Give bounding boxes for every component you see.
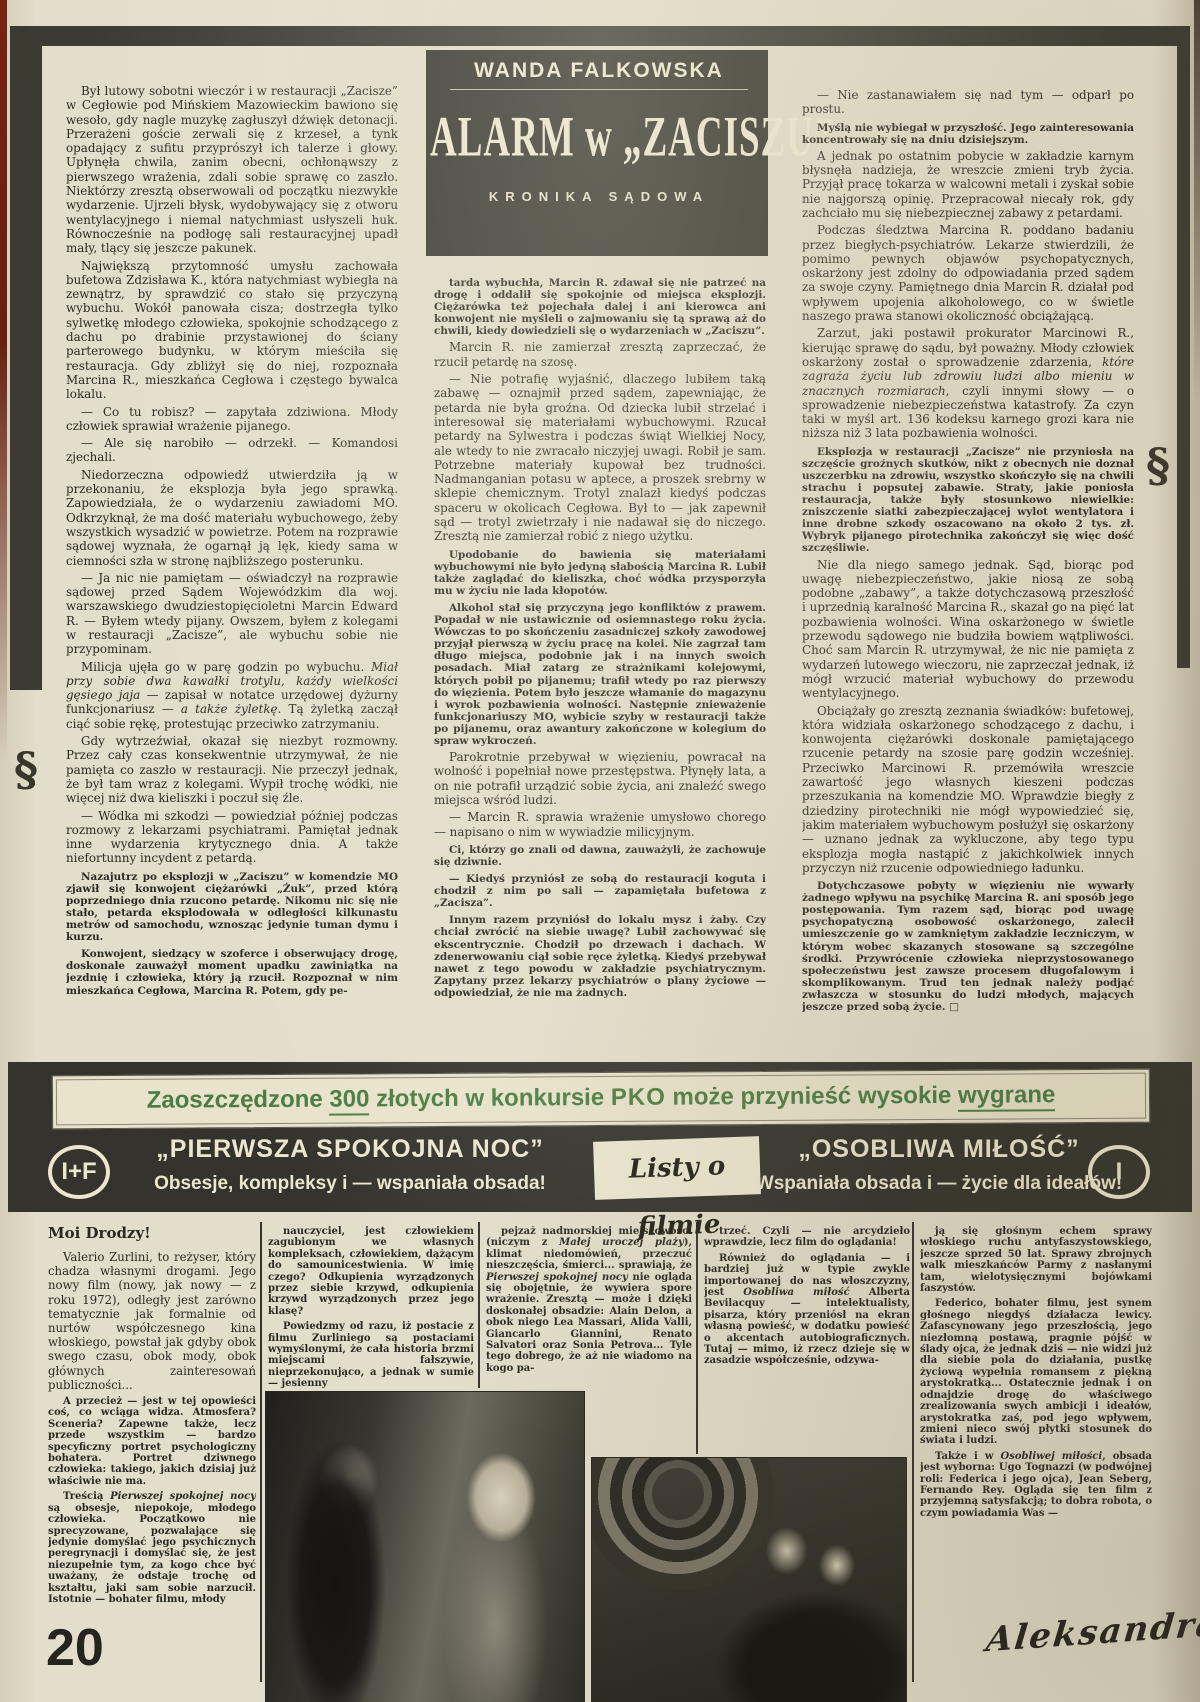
column-rule [912, 1222, 914, 1682]
section-mark-left: § [14, 742, 38, 796]
newspaper-page: § § WANDA FALKOWSKA ALARM w „ZACISZU” KR… [0, 0, 1200, 1702]
paragraph: Myślą nie wybiegał w przyszłość. Jego za… [802, 122, 1134, 146]
review-greeting: Moi Drodzy! [48, 1224, 256, 1242]
article-author: WANDA FALKOWSKA [450, 50, 747, 90]
column-rule [696, 1222, 698, 1454]
article-column-2: tarda wybuchła, Marcin R. zdawał się nie… [434, 272, 766, 1062]
paragraph: Marcin R. nie zamierzał zresztą zaprzecz… [434, 340, 766, 369]
review-column-1: Moi Drodzy! Valerio Zurlini, to reżyser,… [48, 1222, 256, 1614]
film2-header: „OSOBLIWA MIŁOŚĆ” Wspaniała obsada i — ż… [744, 1135, 1134, 1195]
paragraph: ją się głośnym echem sprawy włoskiego ru… [920, 1226, 1152, 1294]
scan-edge-left [0, 0, 7, 760]
paragraph: — Marcin R. sprawia wrażenie umysłowo ch… [434, 810, 766, 839]
paragraph: Parokrotnie przebywał w więzieniu, powra… [434, 750, 766, 807]
paragraph: — Wódka mi szkodzi — powiedział później … [66, 809, 398, 866]
paragraph: Największą przytomność umysłu zachowała … [66, 259, 398, 402]
paragraph: Konwojent, siedzący w szoferce i obserwu… [66, 948, 398, 996]
paragraph: Podczas śledztwa Marcina R. poddano bada… [802, 223, 1134, 323]
paragraph: — Nie potrafię wyjaśnić, dlaczego lubiłe… [434, 372, 766, 544]
section-mark-right: § [1146, 438, 1170, 492]
if-logo-badge: I+F [48, 1145, 110, 1199]
i-logo-badge: I [1088, 1145, 1150, 1199]
paragraph: Federico, bohater filmu, jest synem głoś… [920, 1298, 1152, 1446]
paragraph: Eksplozja w restauracji „Zacisze” nie pr… [802, 446, 1134, 555]
paragraph: Powiedzmy od razu, iż postacie z filmu Z… [268, 1321, 474, 1389]
paragraph: — Ale się narobiło — odrzekł. — Komandos… [66, 436, 398, 465]
paragraph: Alkohol stał się przyczyną jego konflikt… [434, 602, 766, 747]
column-rule [478, 1222, 480, 1388]
paragraph: — Kiedyś przyniósł ze sobą do restauracj… [434, 873, 766, 909]
paragraph: trzeć. Czyli — nie arcydzieło wprawdzie,… [704, 1226, 910, 1249]
pko-contest-banner: Zaoszczędzone 300 złotych w konkursie PK… [52, 1069, 1150, 1130]
paragraph: Nazajutrz po eksplozji w „Zaciszu” w kom… [66, 871, 398, 944]
listy-o-filmie-label: Listy o filmie [593, 1136, 761, 1200]
paragraph: Dotychczasowe pobyty w więzieniu nie wyw… [802, 880, 1134, 1013]
article-column-3: — Nie zastanawiałem się nad tym — odparł… [802, 88, 1134, 1062]
article-frame-right [1177, 26, 1190, 668]
page-number: 20 [46, 1618, 104, 1678]
paragraph: Milicja ujęła go w parę godzin po wybuch… [66, 660, 398, 731]
paragraph: tarda wybuchła, Marcin R. zdawał się nie… [434, 277, 766, 337]
paragraph: Także i w Osobliwej miłości, obsada jest… [920, 1451, 1152, 1519]
article-frame-top [10, 26, 1190, 46]
paragraph: Zaoszczędzone 300 złotych w konkursie PK… [53, 1070, 1149, 1127]
pko-banner-text: Zaoszczędzone 300 złotych w konkursie PK… [53, 1070, 1149, 1127]
paragraph: Ci, którzy go znali od dawna, zauważyli,… [434, 844, 766, 868]
paragraph: Innym razem przyniósł do lokalu mysz i ż… [434, 914, 766, 999]
paragraph: Niedorzeczna odpowiedź utwierdziła ją w … [66, 468, 398, 568]
paragraph: Zarzut, jaki postawił prokurator Marcino… [802, 326, 1134, 440]
paragraph: Nie dla niego samego jednak. Sąd, biorąc… [802, 558, 1134, 701]
paragraph: Również do oglądania — i bardziej już w … [704, 1253, 910, 1367]
film1-subtitle: Obsesje, kompleksy i — wspaniała obsada! [124, 1173, 576, 1195]
film1-title: „PIERWSZA SPOKOJNA NOC” [124, 1135, 576, 1164]
article-headline-box: WANDA FALKOWSKA ALARM w „ZACISZU” KRONIK… [430, 50, 768, 256]
review-column-1-text: Valerio Zurlini, to reżyser, który chadz… [48, 1250, 256, 1605]
paragraph: Obciążały go zresztą zeznania świadków: … [802, 704, 1134, 876]
paragraph: — Ja nic nie pamiętam — oświadczył na ro… [66, 571, 398, 657]
article-title: ALARM w „ZACISZU” [430, 104, 768, 171]
paragraph: Upodobanie do bawienia się materiałami w… [434, 549, 766, 597]
paragraph: nauczyciel, jest człowiekiem zagubionym … [268, 1226, 474, 1317]
scan-edge-right [1194, 0, 1200, 400]
paragraph: — Co tu robisz? — zapytała zdziwiona. Mł… [66, 405, 398, 434]
film2-subtitle: Wspaniała obsada i — życie dla ideałów! [744, 1173, 1134, 1195]
film-still-photo-1 [266, 1392, 584, 1702]
column-rule [260, 1222, 262, 1682]
film2-title: „OSOBLIWA MIŁOŚĆ” [744, 1135, 1134, 1164]
article-rubric: KRONIKA SĄDOWA [430, 189, 768, 204]
paragraph: A jednak po ostatnim pobycie w zakładzie… [802, 149, 1134, 220]
article-column-1: Był lutowy sobotni wieczór i w restaurac… [66, 84, 398, 1062]
paragraph: Treścią Pierwszej spokojnej nocy są obse… [48, 1491, 256, 1605]
film1-header: „PIERWSZA SPOKOJNA NOC” Obsesje, komplek… [124, 1135, 576, 1195]
paragraph: Był lutowy sobotni wieczór i w restaurac… [66, 84, 398, 256]
film-still-photo-2 [592, 1458, 906, 1702]
film-review-header: I+F „PIERWSZA SPOKOJNA NOC” Obsesje, kom… [8, 1128, 1192, 1212]
paragraph: — Nie zastanawiałem się nad tym — odparł… [802, 88, 1134, 117]
article-frame-left [10, 26, 42, 690]
paragraph: Valerio Zurlini, to reżyser, który chadz… [48, 1250, 256, 1392]
paragraph: A przecież — jest w tej opowieści coś, c… [48, 1396, 256, 1487]
paragraph: Gdy wytrzeźwiał, okazał się niezbyt rozm… [66, 734, 398, 805]
